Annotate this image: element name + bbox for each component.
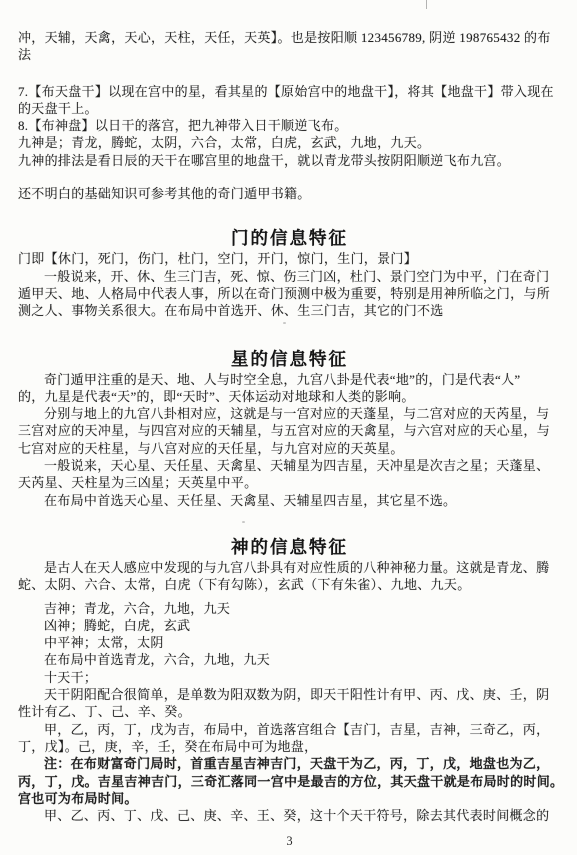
shen-line-tiangan: 十天干；	[18, 669, 561, 686]
item8-line: 九神是；青龙，腾蛇，太阴，六合，太常，白虎，玄武，九地，九天。	[18, 134, 561, 151]
shen-line: 是古人在天人感应中发现的与九宫八卦具有对应性质的八种神秘力量。这就是青龙、腾	[18, 559, 561, 576]
men-line: 测之人、事物关系很大。在布局中首选开、休、生三门吉，其它的门不选	[18, 302, 561, 319]
item8-line: 九神的排法是看日辰的天干在哪宫里的地盘干，就以青龙带头按阴阳顺逆飞布九宫。	[18, 152, 561, 169]
xing-line: 奇门遁甲注重的是天、地、人与时空全息，九宫八卦是代表“地”的，门是代表“人”	[18, 371, 561, 388]
xing-line: 在布局中首选天心星、天任星、天禽星、天辅星四吉星，其它星不选。	[18, 492, 561, 509]
shen-note-line: 注：在布财富奇门局时，首重吉星吉神吉门，天盘干为乙，丙，丁，戊，地盘也为乙，	[18, 755, 561, 772]
shen-line-zhongping: 中平神；太常，太阴	[18, 634, 561, 651]
intro-line: 法	[18, 46, 561, 63]
intro-line: 冲，天辅，天禽，天心，天柱，天任，天英】。也是按阳顺 123456789, 阴逆…	[18, 29, 561, 46]
xing-line: 分别与地上的九宫八卦相对应，这就是与一宫对应的天蓬星，与二宫对应的天芮星，与	[18, 405, 561, 422]
item7-line: 的天盘干上。	[18, 100, 561, 117]
xing-line: 天芮星、天柱星为三凶星；天英星中平。	[18, 474, 561, 491]
shen-line: 性计有乙、丁、己、辛、癸。	[18, 703, 561, 720]
item8-line: 8.【布神盘】以日干的落宫，把九神带入日干顺逆飞布。	[18, 117, 561, 134]
xing-line: 的，九星是代表“天”的，即“天时”、天体运动对地球和人类的影响。	[18, 388, 561, 405]
xing-line: 三宫对应的天冲星，与四宫对应的天辅星，与五宫对应的天禽星，与六宫对应的天心星，与	[18, 422, 561, 439]
section-heading-xing: 星的信息特征	[18, 347, 561, 371]
shen-note-line: 宫也可为布局时间。	[18, 790, 561, 807]
reference-note: 还不明白的基础知识可参考其他的奇门遁甲书籍。	[18, 185, 561, 202]
shen-line: 甲、乙、丙、丁、戊、己、庚、辛、王、癸，这十个天干符号，除去其代表时间概念的	[18, 807, 561, 824]
section-heading-men: 门的信息特征	[18, 226, 561, 250]
xing-line: 一般说来，天心星、天任星、天禽星、天辅星为四吉星，天冲星是次吉之星；天蓬星、	[18, 457, 561, 474]
page-number: 3	[18, 833, 561, 849]
item7-line: 7.【布天盘干】以现在宫中的星，看其星的【原始宫中的地盘干】，将其【地盘干】带入…	[18, 83, 561, 100]
scanned-document-page: 冲，天辅，天禽，天心，天柱，天任，天英】。也是按阳顺 123456789, 阴逆…	[0, 0, 577, 855]
men-line: 遁甲天、地、人格局中代表人事，所以在奇门预测中极为重要，特别是用神所临之门，与所	[18, 285, 561, 302]
shen-line: 天干阴阳配合很简单，是单数为阳双数为阴，即天干阳性计有甲、丙、戊、庚、壬，阴	[18, 686, 561, 703]
men-line: 门即【休门，死门，伤门，杜门，空门，开门，惊门，生门，景门】	[18, 250, 561, 267]
shen-line: 在布局中首选青龙，六合，九地，九天	[18, 651, 561, 668]
scan-artifact	[426, 0, 427, 9]
text-column: 冲，天辅，天禽，天心，天柱，天任，天英】。也是按阳顺 123456789, 阴逆…	[0, 0, 577, 849]
scan-speck	[242, 521, 245, 523]
shen-line-xiongshen: 凶神；腾蛇，白虎，玄武	[18, 617, 561, 634]
scan-speck	[283, 322, 286, 324]
shen-line-jishen: 吉神；青龙，六合，九地，九天	[18, 600, 561, 617]
section-heading-shen: 神的信息特征	[18, 535, 561, 559]
men-line: 一般说来，开、休、生三门吉，死、惊、伤三门凶，杜门、景门空门为中平，门在奇门	[18, 268, 561, 285]
shen-note-line: 丙，丁，戊。吉星吉神吉门，三奇汇落同一宫中是最吉的方位，其天盘干就是布局时的时间…	[18, 773, 561, 790]
shen-line: 甲，乙，丙，丁，戊为吉，布局中，首选落宫组合【吉门，吉星，吉神，三奇乙，丙，	[18, 721, 561, 738]
shen-line: 丁，戊】。己，庚，辛，壬，癸在布局中可为地盘，	[18, 738, 561, 755]
xing-line: 七宫对应的天柱星，与八宫对应的天任星，与九宫对应的天英星。	[18, 440, 561, 457]
shen-line: 蛇、太阴、六合、太常，白虎（下有勾陈），玄武（下有朱雀）、九地、九天。	[18, 576, 561, 593]
